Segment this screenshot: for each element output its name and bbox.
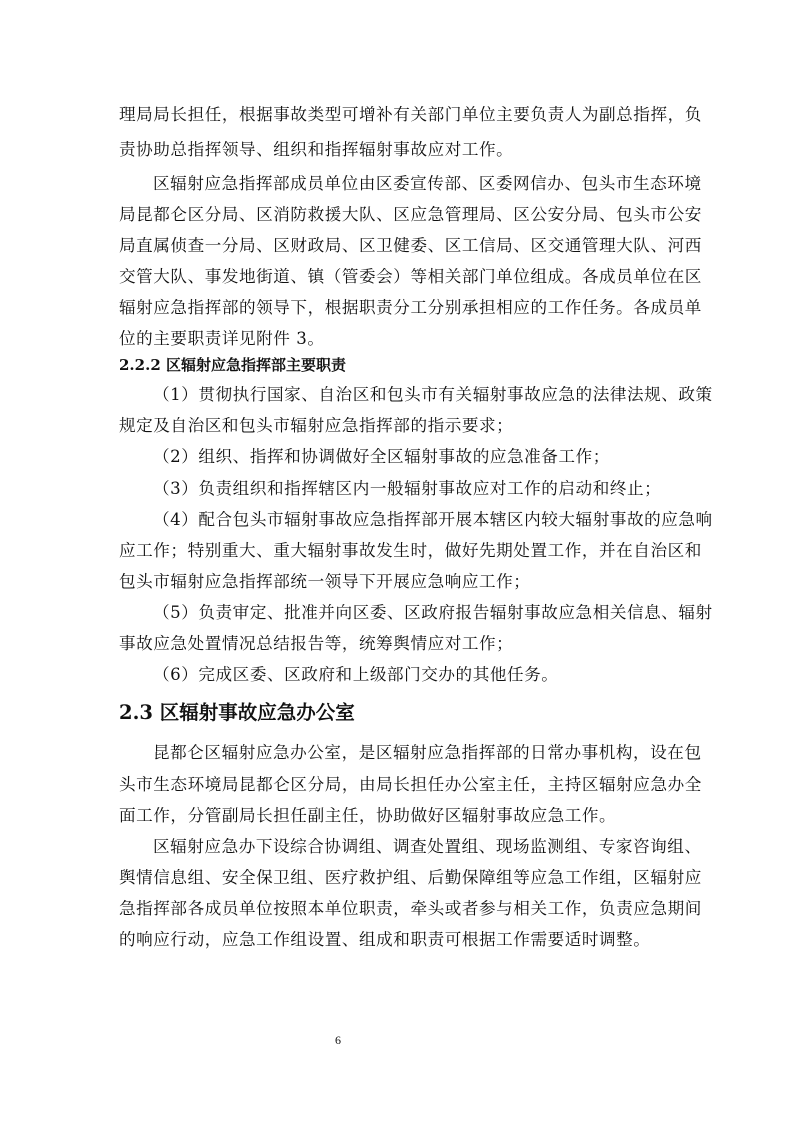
list-item-continuation: 规定及自治区和包头市辐射应急指挥部的指示要求； [119,416,513,436]
paragraph-line: 局直属侦查一分局、区财政局、区卫健委、区工信局、区交通管理大队、河西 [119,236,702,256]
list-item: （3）负责组织和指挥辖区内一般辐射事故应对工作的启动和终止； [153,479,661,499]
paragraph-line: 辐射应急指挥部的领导下，根据职责分工分别承担相应的工作任务。各成员单 [119,298,702,318]
paragraph-line: 昆都仑区辐射应急办公室，是区辐射应急指挥部的日常办事机构，设在包 [153,743,702,763]
list-item-continuation: 事故应急处置情况总结报告等，统筹舆情应对工作； [119,634,513,654]
list-item: （6）完成区委、区政府和上级部门交办的其他任务。 [153,665,558,685]
paragraph-line: 交管大队、事发地街道、镇（管委会）等相关部门单位组成。各成员单位在区 [119,267,702,287]
paragraph-line: 急指挥部各成员单位按照本单位职责，牵头或者参与相关工作，负责应急期间 [119,899,702,919]
paragraph-line: 位的主要职责详见附件 3。 [119,329,325,349]
list-item-continuation: 包头市辐射应急指挥部统一领导下开展应急响应工作； [119,572,530,592]
paragraph-line: 局昆都仑区分局、区消防救援大队、区应急管理局、区公安分局、包头市公安 [119,205,702,225]
document-page: 理局局长担任，根据事故类型可增补有关部门单位主要负责人为副总指挥，负 责协助总指… [0,0,793,1122]
paragraph-line: 头市生态环境局昆都仑区分局，由局长担任办公室主任，主持区辐射应急办全 [119,775,702,795]
paragraph-line: 面工作，分管副局长担任副主任，协助做好区辐射事故应急工作。 [119,806,616,826]
paragraph-line: 理局局长担任，根据事故类型可增补有关部门单位主要负责人为副总指挥，负 [119,105,702,125]
paragraph-line: 舆情信息组、安全保卫组、医疗救护组、后勤保障组等应急工作组，区辐射应 [119,868,702,888]
list-item-continuation: 应工作；特别重大、重大辐射事故发生时，做好先期处置工作，并在自治区和 [119,541,702,561]
paragraph-line: 区辐射应急指挥部成员单位由区委宣传部、区委网信办、包头市生态环境 [153,174,702,194]
list-item: （1）贯彻执行国家、自治区和包头市有关辐射事故应急的法律法规、政策 [153,385,713,405]
page-number: 6 [333,1033,343,1048]
paragraph-line: 的响应行动，应急工作组设置、组成和职责可根据工作需要适时调整。 [119,930,650,950]
list-item: （2）组织、指挥和协调做好全区辐射事故的应急准备工作； [153,447,610,467]
paragraph-line: 区辐射应急办下设综合协调组、调查处置组、现场监测组、专家咨询组、 [153,837,702,857]
list-item: （5）负责审定、批准并向区委、区政府报告辐射事故应急相关信息、辐射 [153,603,713,623]
section-heading-2-3: 2.3 区辐射事故应急办公室 [119,701,355,725]
paragraph-line: 责协助总指挥领导、组织和指挥辐射事故应对工作。 [119,140,513,160]
list-item: （4）配合包头市辐射事故应急指挥部开展本辖区内较大辐射事故的应急响 [153,510,713,530]
section-heading-2-2-2: 2.2.2 区辐射应急指挥部主要职责 [119,355,346,375]
